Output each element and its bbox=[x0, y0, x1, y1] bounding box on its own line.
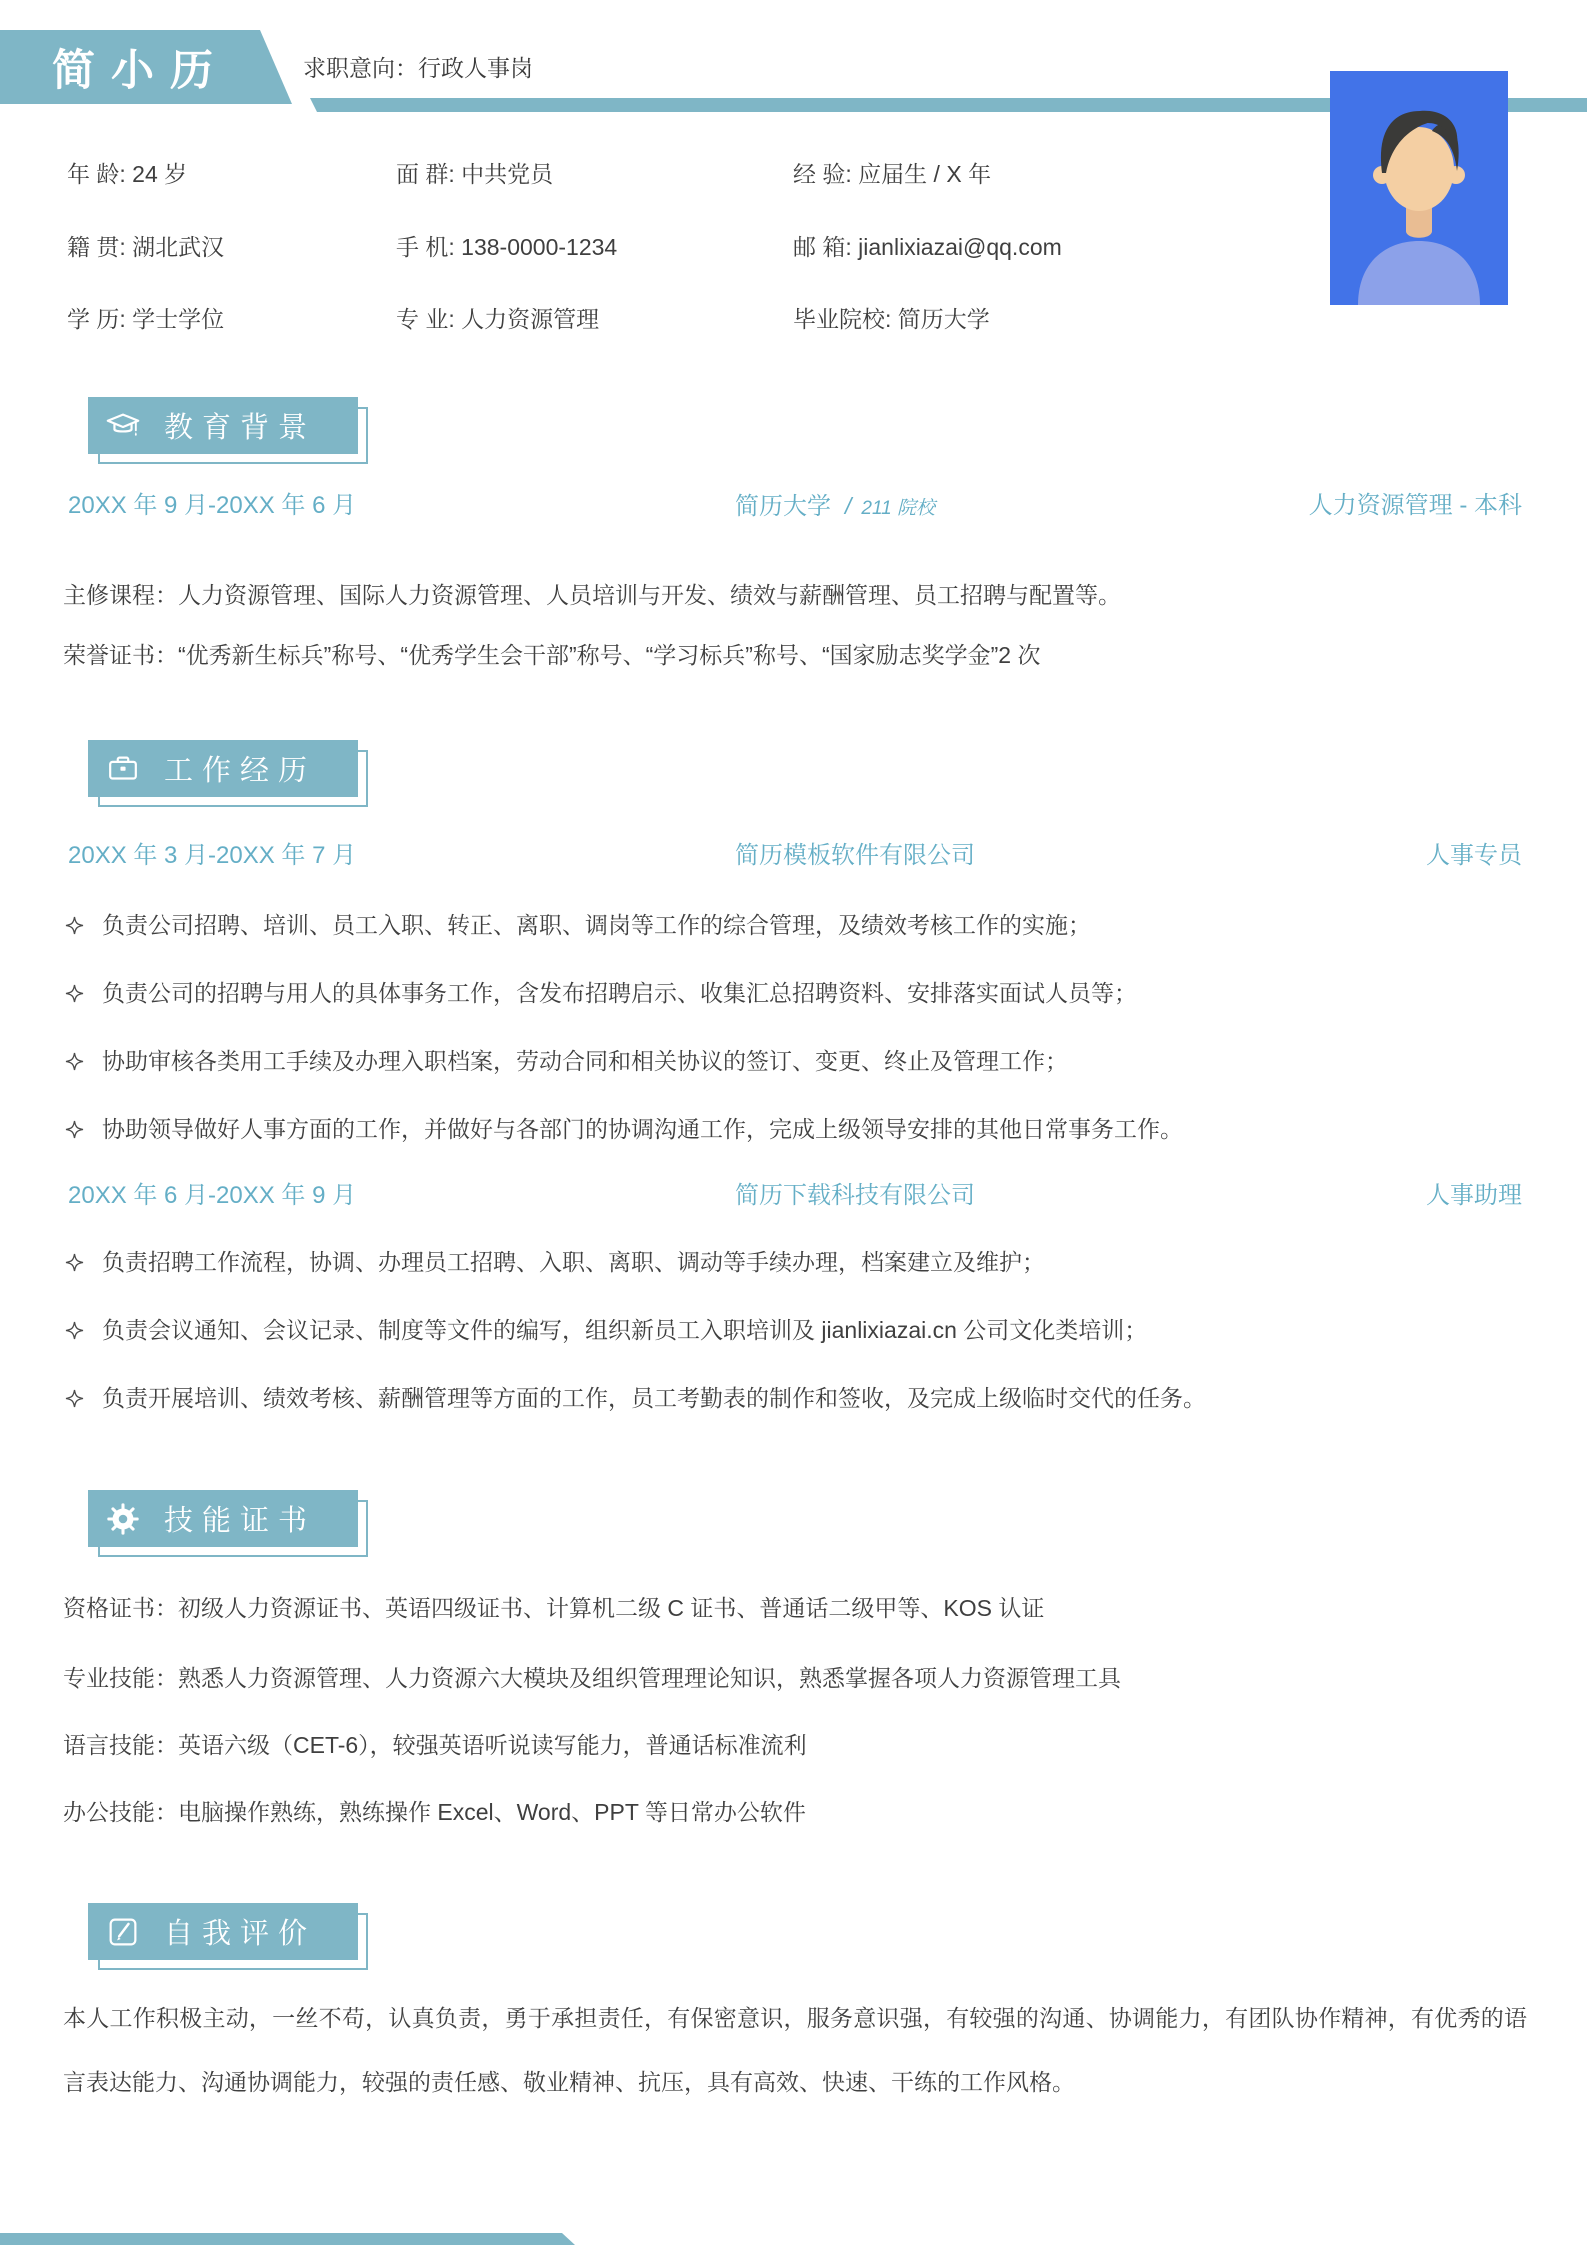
job-intention: 求职意向：行政人事岗 bbox=[303, 50, 533, 82]
profile-item-hometown: 籍 贯: 湖北武汉 bbox=[67, 229, 224, 261]
profile-item-phone: 手 机: 138-0000-1234 bbox=[396, 229, 617, 261]
job-bullet: 负责招聘工作流程，协调、办理员工招聘、入职、离职、调动等手续办理，档案建立及维护… bbox=[63, 1246, 1527, 1279]
education-school-tag: 211 院校 bbox=[861, 498, 935, 519]
job-period: 20XX 年 3 月-20XX 年 7 月 bbox=[68, 839, 356, 873]
section-title: 工作经历 bbox=[164, 748, 316, 789]
section-title: 技能证书 bbox=[164, 1498, 316, 1539]
skill-row-language: 语言技能： 英语六级（CET-6），较强英语听说读写能力，普通话标准流利 bbox=[63, 1729, 1527, 1762]
four-point-star-icon bbox=[65, 984, 84, 1003]
education-school-line: 简历大学/211 院校 bbox=[735, 489, 935, 526]
education-major: 人力资源管理 - 本科 bbox=[1309, 489, 1522, 523]
four-point-star-icon bbox=[65, 916, 84, 935]
education-period: 20XX 年 9 月-20XX 年 6 月 bbox=[68, 489, 356, 523]
education-honors: 荣誉证书：“优秀新生标兵”称号、“优秀学生会干部”称号、“学习标兵”称号、“国家… bbox=[63, 639, 1527, 672]
bullet-text: 负责公司的招聘与用人的具体事务工作，含发布招聘启示、收集汇总招聘资料、安排落实面… bbox=[102, 977, 1137, 1010]
briefcase-icon bbox=[104, 750, 142, 788]
section-fill: 自我评价 bbox=[88, 1903, 358, 1960]
profile-item-email: 邮 箱: jianlixiazai@qq.com bbox=[793, 229, 1062, 261]
id-photo bbox=[1330, 71, 1508, 305]
profile-item-degree: 学 历: 学士学位 bbox=[67, 301, 224, 333]
graduation-cap-icon bbox=[104, 407, 142, 445]
job-bullet: 负责公司的招聘与用人的具体事务工作，含发布招聘启示、收集汇总招聘资料、安排落实面… bbox=[63, 977, 1527, 1010]
skill-row-professional: 专业技能： 熟悉人力资源管理、人力资源六大模块及组织管理理论知识，熟悉掌握各项人… bbox=[63, 1662, 1527, 1695]
job-entry-row: 20XX 年 6 月-20XX 年 9 月 简历下载科技有限公司 人事助理 bbox=[63, 1179, 1524, 1213]
profile-item-age: 年 龄: 24 岁 bbox=[67, 156, 187, 188]
skill-value: 熟悉人力资源管理、人力资源六大模块及组织管理理论知识，熟悉掌握各项人力资源管理工… bbox=[178, 1662, 1121, 1695]
skill-value: 电脑操作熟练，熟练操作 Excel、Word、PPT 等日常办公软件 bbox=[178, 1796, 806, 1829]
profile-item-exp: 经 验: 应届生 / X 年 bbox=[793, 156, 991, 188]
job-period: 20XX 年 6 月-20XX 年 9 月 bbox=[68, 1179, 356, 1213]
section-fill: 技能证书 bbox=[88, 1490, 358, 1547]
bullet-text: 负责招聘工作流程，协调、办理员工招聘、入职、离职、调动等手续办理，档案建立及维护… bbox=[102, 1246, 1045, 1279]
bullet-text: 协助领导做好人事方面的工作，并做好与各部门的协调沟通工作，完成上级领导安排的其他… bbox=[102, 1113, 1183, 1146]
bullet-text: 负责会议通知、会议记录、制度等文件的编写，组织新员工入职培训及 jianlixi… bbox=[102, 1314, 1147, 1347]
pen-icon bbox=[104, 1913, 142, 1951]
bullet-text: 协助审核各类用工手续及办理入职档案，劳动合同和相关协议的签订、变更、终止及管理工… bbox=[102, 1045, 1068, 1078]
school-tag-separator: / bbox=[845, 493, 851, 519]
section-skills-header: 技能证书 bbox=[88, 1490, 358, 1547]
job-intention-value: 行政人事岗 bbox=[418, 50, 533, 83]
education-entry-row: 20XX 年 9 月-20XX 年 6 月 简历大学/211 院校 人力资源管理… bbox=[63, 489, 1524, 523]
education-school: 简历大学 bbox=[735, 493, 831, 520]
skill-label: 办公技能： bbox=[63, 1796, 178, 1829]
job-role: 人事专员 bbox=[1426, 839, 1522, 873]
education-courses: 主修课程：人力资源管理、国际人力资源管理、人员培训与开发、绩效与薪酬管理、员工招… bbox=[63, 579, 1527, 612]
avatar-illustration bbox=[1330, 71, 1508, 305]
section-evaluation-header: 自我评价 bbox=[88, 1903, 358, 1960]
bullet-text: 负责公司招聘、培训、员工入职、转正、离职、调岗等工作的综合管理，及绩效考核工作的… bbox=[102, 909, 1091, 942]
skill-value: 英语六级（CET-6），较强英语听说读写能力，普通话标准流利 bbox=[178, 1729, 807, 1762]
section-title: 自我评价 bbox=[164, 1911, 316, 1952]
section-title: 教育背景 bbox=[164, 405, 316, 446]
footer-divider-bar bbox=[0, 2233, 575, 2245]
section-fill: 教育背景 bbox=[88, 397, 358, 454]
bullet-text: 负责开展培训、绩效考核、薪酬管理等方面的工作，员工考勤表的制作和签收，及完成上级… bbox=[102, 1382, 1206, 1415]
skill-label: 专业技能： bbox=[63, 1662, 178, 1695]
section-work-header: 工作经历 bbox=[88, 740, 358, 797]
section-fill: 工作经历 bbox=[88, 740, 358, 797]
four-point-star-icon bbox=[65, 1052, 84, 1071]
section-education-header: 教育背景 bbox=[88, 397, 358, 454]
skill-label: 资格证书： bbox=[63, 1592, 178, 1625]
skill-row-certificates: 资格证书： 初级人力资源证书、英语四级证书、计算机二级 C 证书、普通话二级甲等… bbox=[63, 1592, 1527, 1625]
four-point-star-icon bbox=[65, 1253, 84, 1272]
resume-page: 简小历 求职意向：行政人事岗 年 龄: 24 岁 面 群: 中共党员 经 验: … bbox=[0, 0, 1587, 2245]
job-bullet: 协助审核各类用工手续及办理入职档案，劳动合同和相关协议的签订、变更、终止及管理工… bbox=[63, 1045, 1527, 1078]
profile-item-major: 专 业: 人力资源管理 bbox=[396, 301, 599, 333]
job-company: 简历下载科技有限公司 bbox=[735, 1179, 975, 1213]
job-bullet: 负责会议通知、会议记录、制度等文件的编写，组织新员工入职培训及 jianlixi… bbox=[63, 1314, 1527, 1347]
self-evaluation-text: 本人工作积极主动，一丝不苟，认真负责，勇于承担责任，有保密意识，服务意识强，有较… bbox=[63, 1986, 1527, 2114]
gear-icon bbox=[104, 1500, 142, 1538]
job-bullet: 协助领导做好人事方面的工作，并做好与各部门的协调沟通工作，完成上级领导安排的其他… bbox=[63, 1113, 1527, 1146]
job-intention-label: 求职意向： bbox=[303, 50, 418, 83]
skill-row-office: 办公技能： 电脑操作熟练，熟练操作 Excel、Word、PPT 等日常办公软件 bbox=[63, 1796, 1527, 1829]
job-bullet: 负责公司招聘、培训、员工入职、转正、离职、调岗等工作的综合管理，及绩效考核工作的… bbox=[63, 909, 1527, 942]
job-entry-row: 20XX 年 3 月-20XX 年 7 月 简历模板软件有限公司 人事专员 bbox=[63, 839, 1524, 873]
profile-item-school: 毕业院校: 简历大学 bbox=[793, 301, 990, 333]
four-point-star-icon bbox=[65, 1321, 84, 1340]
job-role: 人事助理 bbox=[1426, 1179, 1522, 1213]
candidate-name: 简小历 bbox=[0, 37, 229, 98]
skill-value: 初级人力资源证书、英语四级证书、计算机二级 C 证书、普通话二级甲等、KOS 认… bbox=[178, 1592, 1044, 1625]
job-bullet: 负责开展培训、绩效考核、薪酬管理等方面的工作，员工考勤表的制作和签收，及完成上级… bbox=[63, 1382, 1527, 1415]
name-banner: 简小历 bbox=[0, 30, 300, 104]
four-point-star-icon bbox=[65, 1120, 84, 1139]
four-point-star-icon bbox=[65, 1389, 84, 1408]
profile-item-party: 面 群: 中共党员 bbox=[396, 156, 553, 188]
job-company: 简历模板软件有限公司 bbox=[735, 839, 975, 873]
skill-label: 语言技能： bbox=[63, 1729, 178, 1762]
